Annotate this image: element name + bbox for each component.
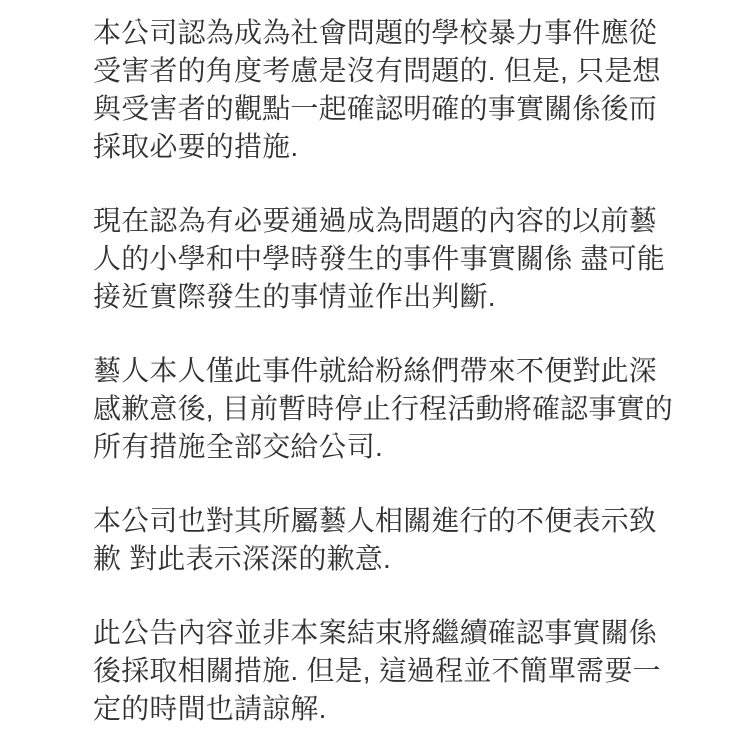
text-line: 採取必要的措施. [93,128,730,166]
text-line: 定的時間也請諒解. [93,690,730,728]
text-line: 受害者的角度考慮是沒有問題的. 但是, 只是想 [93,52,730,90]
paragraph-5: 此公告內容並非本案結束將繼續確認事實關係 後採取相關措施. 但是, 這過程並不簡… [93,614,730,728]
text-line: 人的小學和中學時發生的事件事實關係 盡可能 [93,240,730,278]
text-line: 本公司也對其所屬藝人相關進行的不便表示致 [93,502,730,540]
text-line: 所有措施全部交給公司. [93,428,730,466]
text-line: 此公告內容並非本案結束將繼續確認事實關係 [93,614,730,652]
paragraph-3: 藝人本人僅此事件就給粉絲們帶來不便對此深 感歉意後, 目前暫時停止行程活動將確認… [93,352,730,466]
text-line: 歉 對此表示深深的歉意. [93,540,730,578]
text-line: 藝人本人僅此事件就給粉絲們帶來不便對此深 [93,352,730,390]
text-line: 本公司認為成為社會問題的學校暴力事件應從 [93,14,730,52]
paragraph-2: 現在認為有必要通過成為問題的內容的以前藝 人的小學和中學時發生的事件事實關係 盡… [93,202,730,316]
text-line: 接近實際發生的事情並作出判斷. [93,278,730,316]
text-line: 現在認為有必要通過成為問題的內容的以前藝 [93,202,730,240]
paragraph-4: 本公司也對其所屬藝人相關進行的不便表示致 歉 對此表示深深的歉意. [93,502,730,578]
text-line: 與受害者的觀點一起確認明確的事實關係後而 [93,90,730,128]
text-line: 後採取相關措施. 但是, 這過程並不簡單需要一 [93,652,730,690]
paragraph-1: 本公司認為成為社會問題的學校暴力事件應從 受害者的角度考慮是沒有問題的. 但是,… [93,14,730,166]
text-line: 感歉意後, 目前暫時停止行程活動將確認事實的 [93,390,730,428]
announcement-document: 本公司認為成為社會問題的學校暴力事件應從 受害者的角度考慮是沒有問題的. 但是,… [0,0,750,739]
